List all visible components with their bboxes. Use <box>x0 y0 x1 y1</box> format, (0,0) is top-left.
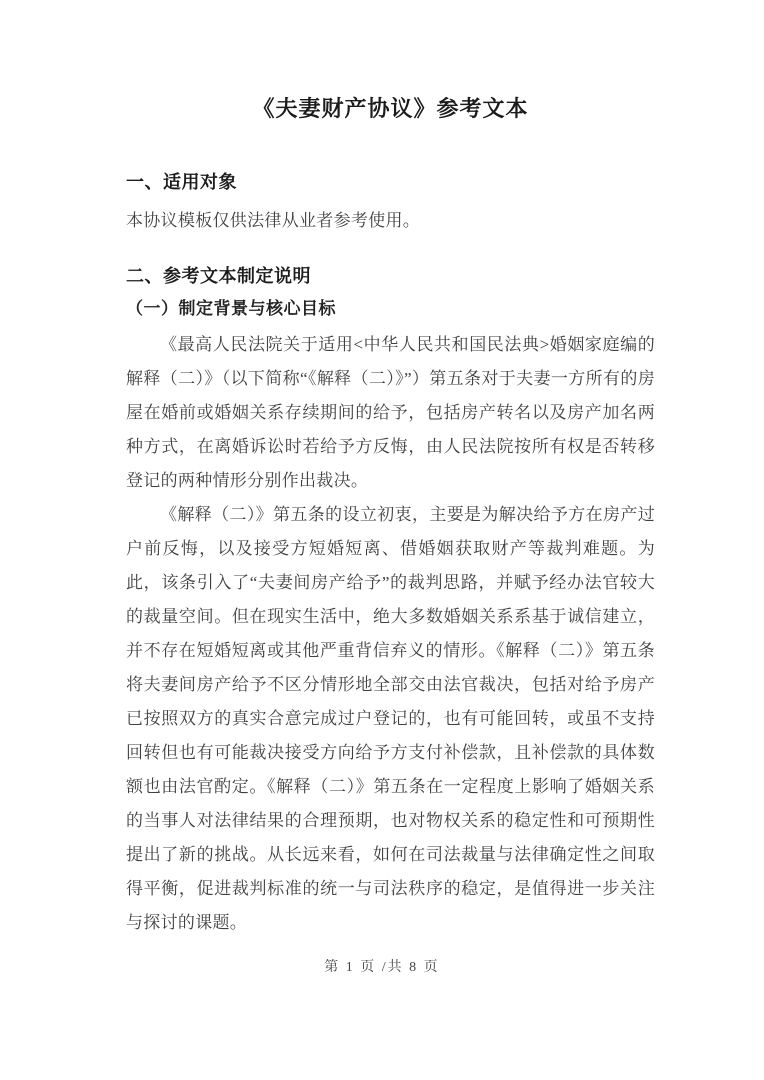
document-title: 《夫妻财产协议》参考文本 <box>126 94 655 124</box>
document-page: 《夫妻财产协议》参考文本 一、适用对象 本协议模板仅供法律从业者参考使用。 二、… <box>0 0 764 1080</box>
section-1-paragraph: 本协议模板仅供法律从业者参考使用。 <box>126 204 655 238</box>
section-1-heading: 一、适用对象 <box>126 170 655 194</box>
section-2-paragraph-1: 《最高人民法院关于适用<中华人民共和国民法典>婚姻家庭编的解释（二）》（以下简称… <box>126 328 655 498</box>
section-2-heading: 二、参考文本制定说明 <box>126 264 655 288</box>
section-2-paragraph-2: 《解释（二）》第五条的设立初衷，主要是为解决给予方在房产过户前反悔，以及接受方短… <box>126 498 655 940</box>
section-applicable-audience: 一、适用对象 本协议模板仅供法律从业者参考使用。 <box>126 170 655 238</box>
section-drafting-notes: 二、参考文本制定说明 （一）制定背景与核心目标 《最高人民法院关于适用<中华人民… <box>126 264 655 940</box>
page-number: 第 1 页 /共 8 页 <box>0 956 764 976</box>
section-2-subheading: （一）制定背景与核心目标 <box>126 298 655 320</box>
